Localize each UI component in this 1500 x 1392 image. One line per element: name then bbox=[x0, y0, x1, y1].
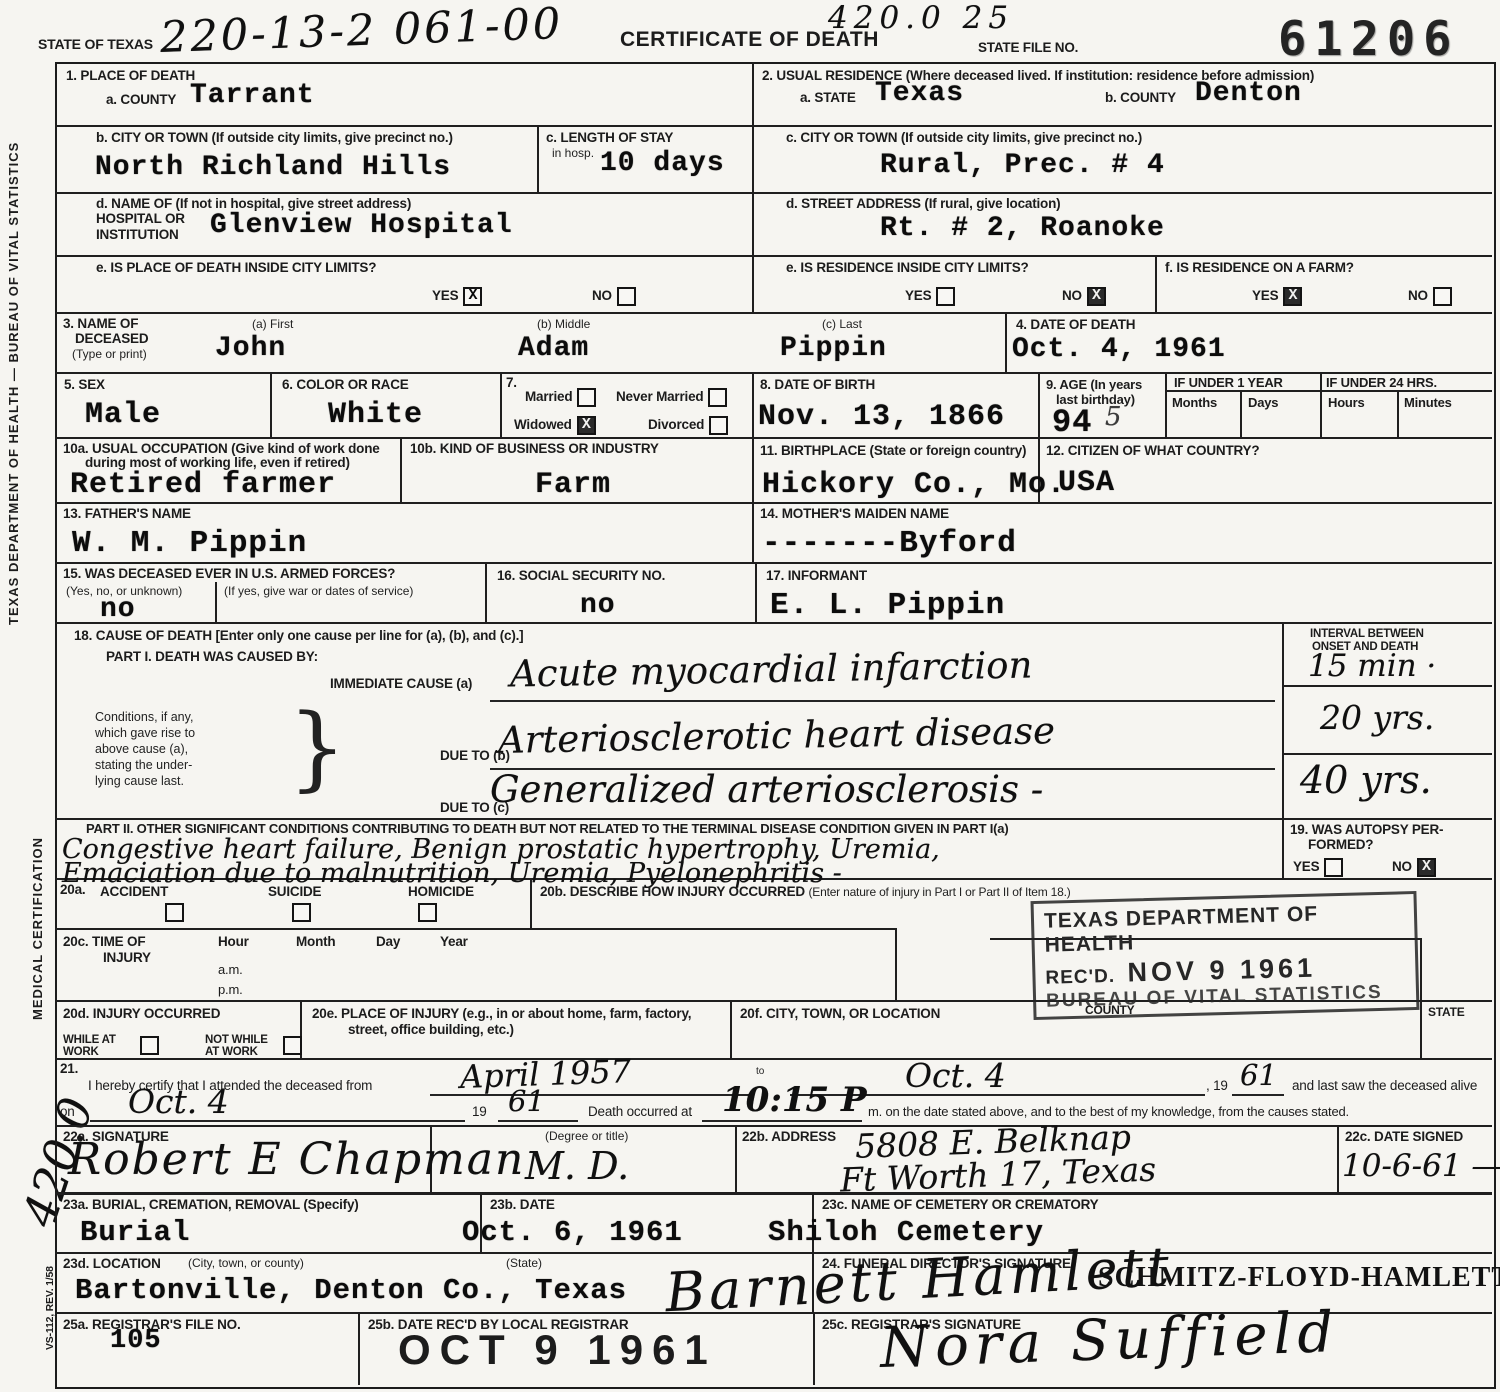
stamp-date: NOV 9 1961 bbox=[1127, 953, 1316, 988]
divorced-checkbox bbox=[709, 416, 728, 435]
attended-to-value: Oct. 4 bbox=[905, 1056, 1006, 1095]
res-farm-yes-checkbox: X bbox=[1283, 287, 1302, 306]
res-limits-yes-checkbox bbox=[936, 287, 955, 306]
autopsy-no-checkbox: X bbox=[1417, 858, 1436, 877]
year-19-prefix-1: , 19 bbox=[1206, 1078, 1228, 1093]
mother-maiden-name-label: 14. MOTHER'S MAIDEN NAME bbox=[760, 506, 949, 521]
grid-line bbox=[55, 818, 1492, 820]
due-to-c-value: Generalized arteriosclerosis - bbox=[490, 768, 1043, 811]
length-of-stay-value: 10 days bbox=[600, 148, 725, 179]
autopsy-no: NOX bbox=[1392, 858, 1436, 877]
name-of-deceased-label2: DECEASED bbox=[75, 331, 148, 346]
autopsy-label2: FORMED? bbox=[1308, 837, 1373, 852]
grid-line bbox=[1240, 390, 1242, 437]
not-while-at-work-label2: AT WORK bbox=[205, 1046, 258, 1058]
length-of-stay-label: c. LENGTH OF STAY bbox=[546, 130, 673, 145]
name-of-deceased-label3: (Type or print) bbox=[72, 347, 147, 361]
homicide-label: HOMICIDE bbox=[408, 884, 474, 899]
rule-line bbox=[498, 1120, 578, 1122]
grid-line bbox=[735, 1125, 737, 1192]
pm-label: p.m. bbox=[218, 982, 242, 997]
first-name-value: John bbox=[215, 333, 286, 364]
race-label: 6. COLOR OR RACE bbox=[282, 377, 409, 392]
minutes-label: Minutes bbox=[1404, 395, 1452, 410]
marital-married: Married bbox=[525, 388, 596, 407]
accident-checkbox-wrap bbox=[165, 903, 184, 922]
while-at-work-label1: WHILE AT bbox=[63, 1034, 116, 1046]
date-signed-value: 10-6-61 — bbox=[1342, 1148, 1500, 1184]
residence-city-label: c. CITY OR TOWN (If outside city limits,… bbox=[786, 130, 1142, 145]
grid-line bbox=[1282, 753, 1492, 755]
business-label: 10b. KIND OF BUSINESS OR INDUSTRY bbox=[410, 441, 659, 456]
grid-line bbox=[55, 562, 1492, 564]
grid-line bbox=[895, 928, 897, 1000]
degree-or-title-label: (Degree or title) bbox=[545, 1129, 628, 1143]
to-word: to bbox=[756, 1066, 764, 1077]
interval-c-value: 40 yrs. bbox=[1300, 758, 1432, 802]
no-label: NO bbox=[592, 288, 612, 303]
age-handwritten-mark: 5 bbox=[1105, 402, 1122, 432]
grid-line bbox=[1320, 372, 1322, 437]
while-at-work-checkbox-wrap bbox=[140, 1036, 159, 1055]
immediate-cause-value: Acute myocardial infarction bbox=[510, 643, 1033, 695]
pod-limits-yes-checkbox: X bbox=[463, 287, 482, 306]
burial-location-label: 23d. LOCATION bbox=[63, 1256, 161, 1271]
describe-injury-sub: (Enter nature of injury in Part I or Par… bbox=[809, 885, 1071, 899]
grid-line bbox=[730, 1000, 732, 1058]
marital-widowed: WidowedX bbox=[514, 416, 596, 435]
rule-line bbox=[490, 700, 1275, 702]
res-city-limits-question: e. IS RESIDENCE INSIDE CITY LIMITS? bbox=[786, 260, 1029, 275]
citizen-label: 12. CITIZEN OF WHAT COUNTRY? bbox=[1046, 443, 1259, 458]
middle-name-value: Adam bbox=[518, 333, 589, 364]
grid-line bbox=[1282, 685, 1492, 687]
never-married-checkbox bbox=[708, 388, 727, 407]
marital-status-label: 7. bbox=[506, 375, 517, 390]
certify-post-text-2: m. on the date stated above, and to the … bbox=[868, 1104, 1349, 1119]
brace-glyph: } bbox=[288, 694, 347, 801]
informant-label: 17. INFORMANT bbox=[766, 568, 867, 583]
state-of-texas-label: STATE OF TEXAS bbox=[38, 36, 153, 52]
grid-line bbox=[1005, 312, 1007, 372]
burial-location-sub2: (State) bbox=[506, 1256, 542, 1270]
grid-line bbox=[1155, 255, 1157, 312]
pod-limits-yes: YESX bbox=[432, 287, 482, 306]
grid-line bbox=[55, 928, 895, 930]
handwritten-header-note: 420.0 25 bbox=[828, 0, 1014, 36]
grid-line bbox=[752, 372, 754, 562]
place-of-injury-label2: street, office building, etc.) bbox=[348, 1022, 514, 1037]
hospital-name-value: Glenview Hospital bbox=[210, 210, 513, 241]
hours-label: Hours bbox=[1328, 395, 1365, 410]
yes-label: YES bbox=[432, 288, 458, 303]
sex-label: 5. SEX bbox=[64, 377, 105, 392]
grid-line bbox=[55, 502, 1492, 504]
not-while-at-work-checkbox-wrap bbox=[283, 1036, 302, 1055]
injury-city-label: 20f. CITY, TOWN, OR LOCATION bbox=[740, 1006, 940, 1021]
marital-never-married: Never Married bbox=[616, 388, 727, 407]
stamp-line1: TEXAS DEPARTMENT OF HEALTH bbox=[1044, 900, 1405, 957]
not-while-at-work-checkbox bbox=[283, 1036, 302, 1055]
armed-forces-sub2: (If yes, give war or dates of service) bbox=[224, 584, 413, 598]
autopsy-label1: 19. WAS AUTOPSY PER- bbox=[1290, 822, 1443, 837]
burial-date-value: Oct. 6, 1961 bbox=[462, 1216, 683, 1249]
autopsy-yes-checkbox bbox=[1324, 858, 1343, 877]
conditions-note-2: which gave rise to bbox=[95, 726, 195, 740]
armed-forces-value: no bbox=[100, 594, 136, 625]
res-farm-no-checkbox bbox=[1433, 287, 1452, 306]
interval-label1: INTERVAL BETWEEN bbox=[1310, 628, 1424, 640]
yes-label: YES bbox=[1293, 859, 1319, 874]
res-farm-question: f. IS RESIDENCE ON A FARM? bbox=[1165, 260, 1354, 275]
city-or-town-value: North Richland Hills bbox=[95, 152, 451, 183]
residence-county-label: b. COUNTY bbox=[1105, 90, 1176, 105]
age-label: 9. AGE (In years bbox=[1046, 377, 1142, 392]
handwritten-header-code: 220-13-2 061-00 bbox=[159, 0, 564, 63]
cause-of-death-title: 18. CAUSE OF DEATH [Enter only one cause… bbox=[74, 628, 523, 643]
grid-line bbox=[813, 1312, 815, 1385]
if-under-24-hrs-label: IF UNDER 24 HRS. bbox=[1326, 375, 1437, 390]
hospital-name-label3: INSTITUTION bbox=[96, 227, 179, 242]
grid-line bbox=[1397, 390, 1399, 437]
grid-line bbox=[55, 125, 1492, 127]
conditions-note-5: lying cause last. bbox=[95, 774, 184, 788]
widowed-label: Widowed bbox=[514, 417, 572, 432]
while-at-work-label2: WORK bbox=[63, 1046, 99, 1058]
certify-post-text: and last saw the deceased alive bbox=[1292, 1078, 1477, 1093]
mother-maiden-name-value: -------Byford bbox=[762, 526, 1017, 561]
death-occurred-label: Death occurred at bbox=[588, 1104, 692, 1119]
accident-checkbox bbox=[165, 903, 184, 922]
sex-value: Male bbox=[85, 398, 161, 432]
date-of-death-value: Oct. 4, 1961 bbox=[1012, 334, 1226, 365]
birthplace-value: Hickory Co., Mo. bbox=[762, 468, 1066, 502]
date-of-death-label: 4. DATE OF DEATH bbox=[1016, 317, 1135, 332]
grid-line bbox=[752, 62, 754, 312]
last-name-label: (c) Last bbox=[822, 317, 862, 331]
birthplace-label: 11. BIRTHPLACE (State or foreign country… bbox=[760, 443, 1026, 458]
occupation-label: 10a. USUAL OCCUPATION (Give kind of work… bbox=[63, 441, 380, 456]
margin-bureau-text: TEXAS DEPARTMENT OF HEALTH — BUREAU OF V… bbox=[6, 70, 21, 625]
burial-location-value: Bartonville, Denton Co., Texas bbox=[75, 1274, 627, 1307]
immediate-cause-label: IMMEDIATE CAUSE (a) bbox=[330, 676, 472, 691]
grid-line bbox=[55, 255, 1492, 257]
accident-label: ACCIDENT bbox=[100, 884, 168, 899]
cemetery-label: 23c. NAME OF CEMETERY OR CREMATORY bbox=[822, 1197, 1099, 1212]
homicide-checkbox-wrap bbox=[418, 903, 437, 922]
hospital-name-label: d. NAME OF (If not in hospital, give str… bbox=[96, 196, 411, 211]
grid-line bbox=[55, 1125, 1492, 1127]
grid-line bbox=[755, 562, 757, 622]
grid-line bbox=[358, 1312, 360, 1385]
registrar-date-stamp: OCT 9 1961 bbox=[398, 1326, 717, 1374]
degree-value: M. D. bbox=[525, 1144, 629, 1188]
days-label: Days bbox=[1248, 395, 1278, 410]
place-of-death-title: 1. PLACE OF DEATH bbox=[66, 68, 195, 83]
place-of-injury-label1: 20e. PLACE OF INJURY (e.g., in or about … bbox=[312, 1006, 691, 1021]
citizen-value: USA bbox=[1058, 466, 1115, 500]
state-file-no-label: STATE FILE NO. bbox=[978, 40, 1078, 55]
grid-line bbox=[1282, 622, 1284, 878]
burial-date-label: 23b. DATE bbox=[490, 1197, 555, 1212]
date-of-birth-label: 8. DATE OF BIRTH bbox=[760, 377, 875, 392]
no-label: NO bbox=[1062, 288, 1082, 303]
month-label: Month bbox=[296, 934, 335, 949]
street-address-label: d. STREET ADDRESS (If rural, give locati… bbox=[786, 196, 1060, 211]
date-of-birth-value: Nov. 13, 1866 bbox=[758, 400, 1005, 434]
grid-line bbox=[400, 437, 402, 502]
hospital-name-label2: HOSPITAL OR bbox=[96, 211, 185, 226]
grid-line bbox=[1420, 938, 1422, 1058]
address-label: 22b. ADDRESS bbox=[742, 1129, 836, 1144]
autopsy-yes: YES bbox=[1293, 858, 1343, 877]
am-label: a.m. bbox=[218, 962, 242, 977]
first-name-label: (a) First bbox=[252, 317, 293, 331]
last-seen-date-value: Oct. 4 bbox=[128, 1082, 229, 1121]
year-label: Year bbox=[440, 934, 468, 949]
father-name-value: W. M. Pippin bbox=[72, 526, 307, 561]
age-value: 94 bbox=[1052, 404, 1092, 441]
death-certificate-document: TEXAS DEPARTMENT OF HEALTH — BUREAU OF V… bbox=[0, 0, 1500, 1392]
item-20a-number: 20a. bbox=[60, 882, 85, 897]
res-farm-no: NO bbox=[1408, 287, 1452, 306]
last-seen-year: 61 bbox=[508, 1084, 545, 1118]
pod-city-limits-question: e. IS PLACE OF DEATH INSIDE CITY LIMITS? bbox=[96, 260, 376, 275]
homicide-checkbox bbox=[418, 903, 437, 922]
street-address-value: Rt. # 2, Roanoke bbox=[880, 213, 1165, 244]
married-label: Married bbox=[525, 389, 572, 404]
conditions-note-4: stating the under- bbox=[95, 758, 192, 772]
received-stamp: TEXAS DEPARTMENT OF HEALTH REC'D. NOV 9 … bbox=[1031, 891, 1420, 1020]
residence-county-value: Denton bbox=[1195, 78, 1302, 109]
grid-line bbox=[1337, 1125, 1339, 1192]
date-signed-label: 22c. DATE SIGNED bbox=[1345, 1129, 1463, 1144]
physician-signature: Robert E Chapman bbox=[68, 1134, 525, 1185]
marital-divorced: Divorced bbox=[648, 416, 728, 435]
grid-line bbox=[55, 312, 1492, 314]
day-label: Day bbox=[376, 934, 400, 949]
injury-occurred-label: 20d. INJURY OCCURRED bbox=[63, 1006, 220, 1021]
stamp-recd-label: REC'D. bbox=[1045, 966, 1115, 989]
father-name-label: 13. FATHER'S NAME bbox=[63, 506, 191, 521]
ssn-label: 16. SOCIAL SECURITY NO. bbox=[497, 568, 665, 583]
grid-line bbox=[55, 1252, 1492, 1254]
no-label: NO bbox=[1392, 859, 1412, 874]
burial-type-label: 23a. BURIAL, CREMATION, REMOVAL (Specify… bbox=[63, 1197, 359, 1212]
res-limits-no-checkbox: X bbox=[1087, 287, 1106, 306]
grid-line bbox=[537, 125, 539, 192]
yes-label: YES bbox=[905, 288, 931, 303]
pod-limits-no-checkbox bbox=[617, 287, 636, 306]
year-19-prefix-2: 19 bbox=[472, 1104, 487, 1119]
pod-limits-no: NO bbox=[592, 287, 636, 306]
registrar-file-value: 105 bbox=[110, 1326, 162, 1356]
grid-line bbox=[1165, 390, 1492, 392]
armed-forces-label: 15. WAS DECEASED EVER IN U.S. ARMED FORC… bbox=[63, 566, 395, 581]
grid-line bbox=[55, 1192, 1492, 1195]
while-at-work-checkbox bbox=[140, 1036, 159, 1055]
death-time-value: 10:15 P bbox=[722, 1080, 867, 1120]
interval-a-value: 15 min · bbox=[1308, 648, 1436, 684]
months-label: Months bbox=[1172, 395, 1217, 410]
no-label: NO bbox=[1408, 288, 1428, 303]
stamp-state-label: STATE bbox=[1428, 1005, 1465, 1019]
burial-type-value: Burial bbox=[80, 1216, 190, 1249]
not-while-at-work-label1: NOT WHILE bbox=[205, 1034, 268, 1046]
rule-line bbox=[702, 1120, 862, 1122]
item-21-number: 21. bbox=[60, 1061, 78, 1076]
grid-line bbox=[1165, 372, 1167, 437]
married-checkbox bbox=[577, 388, 596, 407]
rule-line bbox=[1232, 1094, 1284, 1096]
time-of-injury-label2: INJURY bbox=[103, 950, 151, 965]
informant-value: E. L. Pippin bbox=[770, 588, 1005, 623]
describe-injury-bold: 20b. DESCRIBE HOW INJURY OCCURRED bbox=[540, 884, 805, 899]
describe-injury-label: 20b. DESCRIBE HOW INJURY OCCURRED (Enter… bbox=[540, 884, 1071, 899]
middle-name-label: (b) Middle bbox=[537, 317, 590, 331]
length-of-stay-sub-label: in hosp. bbox=[552, 146, 594, 160]
residence-state-value: Texas bbox=[875, 78, 964, 109]
residence-city-value: Rural, Prec. # 4 bbox=[880, 150, 1165, 181]
state-file-number-stamp: 61206 bbox=[1278, 12, 1459, 67]
grid-line bbox=[215, 582, 217, 622]
grid-line bbox=[55, 437, 1492, 439]
attended-to-year: 61 bbox=[1240, 1058, 1277, 1092]
never-married-label: Never Married bbox=[616, 389, 703, 404]
res-limits-no: NOX bbox=[1062, 287, 1106, 306]
grid-line bbox=[485, 562, 487, 622]
yes-label: YES bbox=[1252, 288, 1278, 303]
suicide-label: SUICIDE bbox=[268, 884, 321, 899]
county-value: Tarrant bbox=[190, 80, 315, 111]
occupation-value: Retired farmer bbox=[70, 468, 336, 502]
grid-line bbox=[270, 372, 272, 437]
grid-line bbox=[55, 192, 1492, 194]
suicide-checkbox bbox=[292, 903, 311, 922]
hour-label: Hour bbox=[218, 934, 249, 949]
interval-b-value: 20 yrs. bbox=[1320, 698, 1434, 737]
funeral-home-name: SCHMITZ-FLOYD-HAMLETT bbox=[1098, 1262, 1500, 1294]
attended-from-value: April 1957 bbox=[459, 1052, 631, 1096]
ssn-value: no bbox=[580, 590, 616, 621]
burial-location-sub1: (City, town, or county) bbox=[188, 1256, 304, 1270]
city-or-town-label: b. CITY OR TOWN (If outside city limits,… bbox=[96, 130, 453, 145]
time-of-injury-label1: 20c. TIME OF bbox=[63, 934, 145, 949]
part1-label: PART I. DEATH WAS CAUSED BY: bbox=[106, 649, 318, 664]
margin-medical-certification-text: MEDICAL CERTIFICATION bbox=[30, 775, 45, 1020]
grid-line bbox=[500, 372, 502, 437]
widowed-checkbox: X bbox=[577, 416, 596, 435]
conditions-note-3: above cause (a), bbox=[95, 742, 188, 756]
business-value: Farm bbox=[535, 468, 611, 502]
conditions-note-1: Conditions, if any, bbox=[95, 710, 193, 724]
divorced-label: Divorced bbox=[648, 417, 704, 432]
if-under-1-year-label: IF UNDER 1 YEAR bbox=[1174, 375, 1283, 390]
residence-state-label: a. STATE bbox=[800, 90, 856, 105]
race-value: White bbox=[328, 398, 423, 432]
suicide-checkbox-wrap bbox=[292, 903, 311, 922]
name-of-deceased-label: 3. NAME OF bbox=[63, 316, 138, 331]
res-farm-yes: YESX bbox=[1252, 287, 1302, 306]
last-name-value: Pippin bbox=[780, 333, 887, 364]
county-label: a. COUNTY bbox=[106, 92, 176, 107]
res-limits-yes: YES bbox=[905, 287, 955, 306]
on-word: on bbox=[60, 1104, 75, 1119]
stamp-county-label: COUNTY bbox=[1085, 1003, 1134, 1017]
